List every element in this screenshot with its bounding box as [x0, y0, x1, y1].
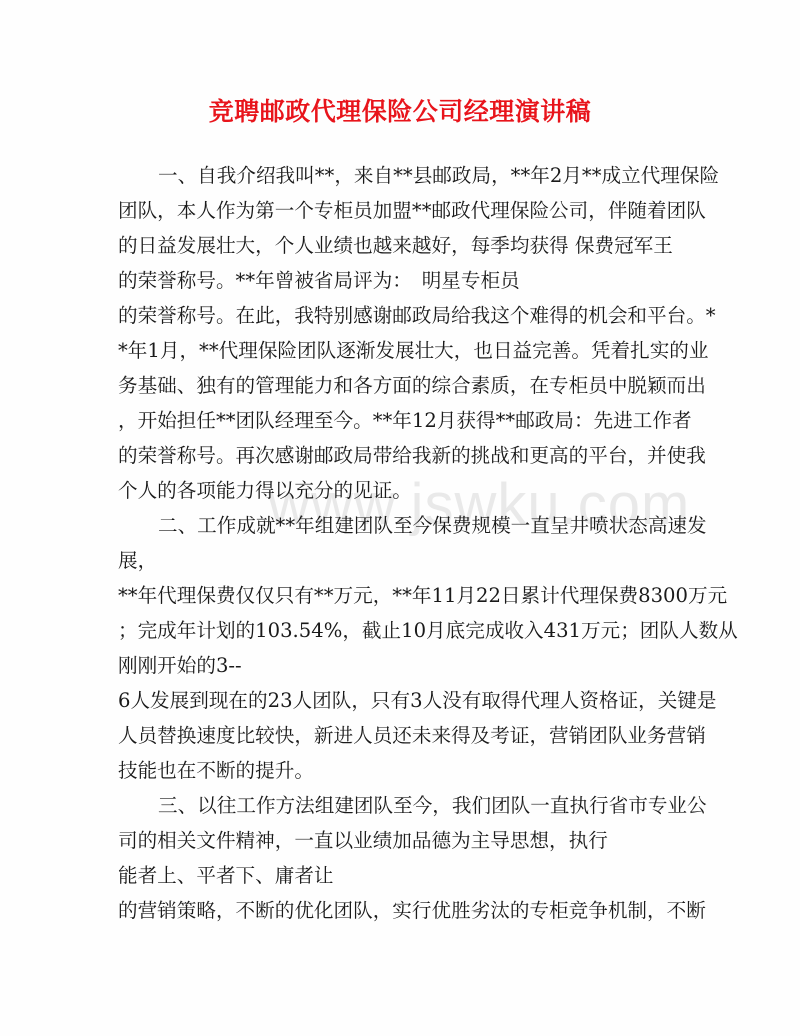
document-page: 竞聘邮政代理保险公司经理演讲稿 www.jswku.com 一、自我介绍我叫**…	[0, 0, 800, 1036]
paragraph-line: 刚刚开始的3--	[118, 648, 680, 683]
paragraph-line: 展，	[118, 543, 680, 578]
paragraph-line: 的荣誉称号。再次感谢邮政局带给我新的挑战和更高的平台，并使我	[118, 438, 680, 473]
paragraph-line: ；完成年计划的103.54%，截止10月底完成收入431万元；团队人数从	[118, 613, 680, 648]
paragraph-line: 6人发展到现在的23人团队，只有3人没有取得代理人资格证，关键是	[118, 683, 680, 718]
paragraph-line: 司的相关文件精神，一直以业绩加品德为主导思想，执行	[118, 823, 680, 858]
paragraph-line: 的荣誉称号。在此，我特别感谢邮政局给我这个难得的机会和平台。*	[118, 298, 680, 333]
document-title: 竞聘邮政代理保险公司经理演讲稿	[0, 92, 800, 132]
paragraph-line: 个人的各项能力得以充分的见证。	[118, 473, 680, 508]
paragraph-line: 的营销策略，不断的优化团队，实行优胜劣汰的专柜竞争机制，不断	[118, 893, 680, 928]
paragraph-line: 的荣誉称号。**年曾被省局评为： 明星专柜员	[118, 263, 680, 298]
paragraph-line: **年代理保费仅仅只有**万元，**年11月22日累计代理保费8300万元	[118, 578, 680, 613]
paragraph-line: 技能也在不断的提升。	[118, 753, 680, 788]
paragraph-line: ，开始担任**团队经理至今。**年12月获得**邮政局：先进工作者	[118, 403, 680, 438]
paragraph-line: 一、自我介绍我叫**，来自**县邮政局，**年2月**成立代理保险	[118, 158, 680, 193]
paragraph-line: 的日益发展壮大，个人业绩也越来越好，每季均获得 保费冠军王	[118, 228, 680, 263]
paragraph-line: 务基础、独有的管理能力和各方面的综合素质，在专柜员中脱颖而出	[118, 368, 680, 403]
document-body: 一、自我介绍我叫**，来自**县邮政局，**年2月**成立代理保险 团队，本人作…	[118, 158, 680, 928]
paragraph-line: 能者上、平者下、庸者让	[118, 858, 680, 893]
paragraph-line: *年1月，**代理保险团队逐渐发展壮大，也日益完善。凭着扎实的业	[118, 333, 680, 368]
paragraph-line: 三、以往工作方法组建团队至今，我们团队一直执行省市专业公	[118, 788, 680, 823]
paragraph-line: 团队，本人作为第一个专柜员加盟**邮政代理保险公司，伴随着团队	[118, 193, 680, 228]
paragraph-line: 二、工作成就**年组建团队至今保费规模一直呈井喷状态高速发	[118, 508, 680, 543]
paragraph-line: 人员替换速度比较快，新进人员还未来得及考证，营销团队业务营销	[118, 718, 680, 753]
